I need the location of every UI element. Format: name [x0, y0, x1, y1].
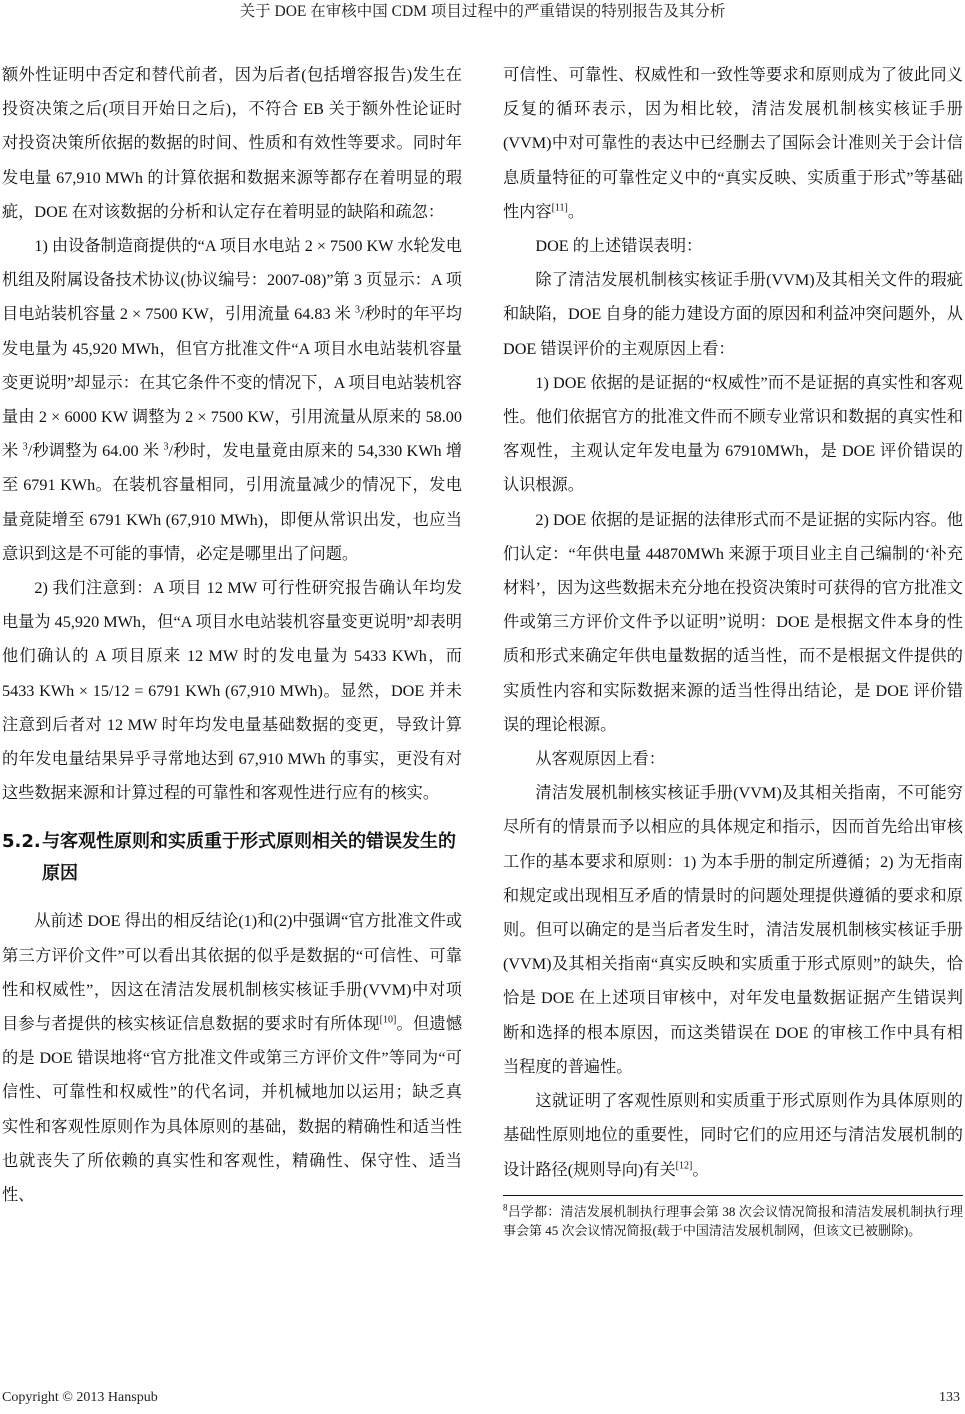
right-column: 可信性、可靠性、权威性和一致性等要求和原则成为了彼此同义反复的循环表示，因为相比… — [503, 58, 963, 1240]
paragraph: 除了清洁发展机制核实核证手册(VVM)及其相关文件的瑕疵和缺陷，DOE 自身的能… — [503, 263, 963, 366]
footnote-divider — [503, 1195, 963, 1196]
paragraph: 额外性证明中否定和替代前者，因为后者(包括增容报告)发生在投资决策之后(项目开始… — [2, 58, 462, 229]
paragraph-item-1: 1) 由设备制造商提供的“A 项目水电站 2 × 7500 KW 水轮发电机组及… — [2, 229, 462, 571]
paragraph: DOE 的上述错误表明： — [503, 229, 963, 263]
paragraph-item-2: 2) 我们注意到：A 项目 12 MW 可行性研究报告确认年均发电量为 45,9… — [2, 571, 462, 810]
paragraph-item-2: 2) DOE 依据的是证据的法律形式而不是证据的实际内容。他们认定：“年供电量 … — [503, 503, 963, 742]
paragraph-item-1: 1) DOE 依据的是证据的“权威性”而不是证据的真实性和客观性。他们依据官方的… — [503, 366, 963, 503]
page-footer: Copyright © 2013 Hanspub 133 — [2, 1390, 960, 1406]
paragraph: 可信性、可靠性、权威性和一致性等要求和原则成为了彼此同义反复的循环表示，因为相比… — [503, 58, 963, 229]
section-number: 5.2. — [2, 826, 42, 890]
section-heading: 5.2. 与客观性原则和实质重于形式原则相关的错误发生的原因 — [2, 826, 462, 890]
citation-ref[interactable]: [10] — [380, 1015, 397, 1026]
text: /秒时，发电量竟由原来的 54,330 KWh 增至 6791 KWh。在装机容… — [2, 442, 462, 563]
paragraph: 这就证明了客观性原则和实质重于形式原则作为具体原则的基础性原则地位的重要性，同时… — [503, 1084, 963, 1187]
running-header: 关于 DOE 在审核中国 CDM 项目过程中的严重错误的特别报告及其分析 — [0, 2, 965, 22]
left-column: 额外性证明中否定和替代前者，因为后者(包括增容报告)发生在投资决策之后(项目开始… — [2, 58, 462, 1212]
text: 。 — [692, 1161, 708, 1179]
section-title: 与客观性原则和实质重于形式原则相关的错误发生的原因 — [42, 826, 462, 890]
citation-ref[interactable]: [12] — [676, 1160, 693, 1171]
footnote-text: 吕学都：清洁发展机制执行理事会第 38 次会议情况简报和清洁发展机制执行理事会第… — [503, 1204, 963, 1238]
text: 。 — [568, 203, 584, 221]
text: 可信性、可靠性、权威性和一致性等要求和原则成为了彼此同义反复的循环表示，因为相比… — [503, 66, 963, 221]
citation-ref[interactable]: [11] — [552, 202, 568, 213]
footnote: 8吕学都：清洁发展机制执行理事会第 38 次会议情况简报和清洁发展机制执行理事会… — [503, 1202, 963, 1240]
text: /秒调整为 64.00 米 — [28, 442, 164, 460]
paragraph: 清洁发展机制核实核证手册(VVM)及其相关指南，不可能穷尽所有的情景而予以相应的… — [503, 776, 963, 1084]
text: 这就证明了客观性原则和实质重于形式原则作为具体原则的基础性原则地位的重要性，同时… — [503, 1092, 963, 1178]
paragraph: 从前述 DOE 得出的相反结论(1)和(2)中强调“官方批准文件或第三方评价文件… — [2, 904, 462, 1212]
paragraph: 从客观原因上看： — [503, 742, 963, 776]
text: 。但遗憾的是 DOE 错误地将“官方批准文件或第三方评价文件”等同为“可信性、可… — [2, 1015, 462, 1204]
page-number: 133 — [939, 1390, 960, 1406]
text: /秒时的年平均发电量为 45,920 MWh，但官方批准文件“A 项目水电站装机… — [2, 305, 462, 460]
copyright: Copyright © 2013 Hanspub — [2, 1390, 158, 1406]
